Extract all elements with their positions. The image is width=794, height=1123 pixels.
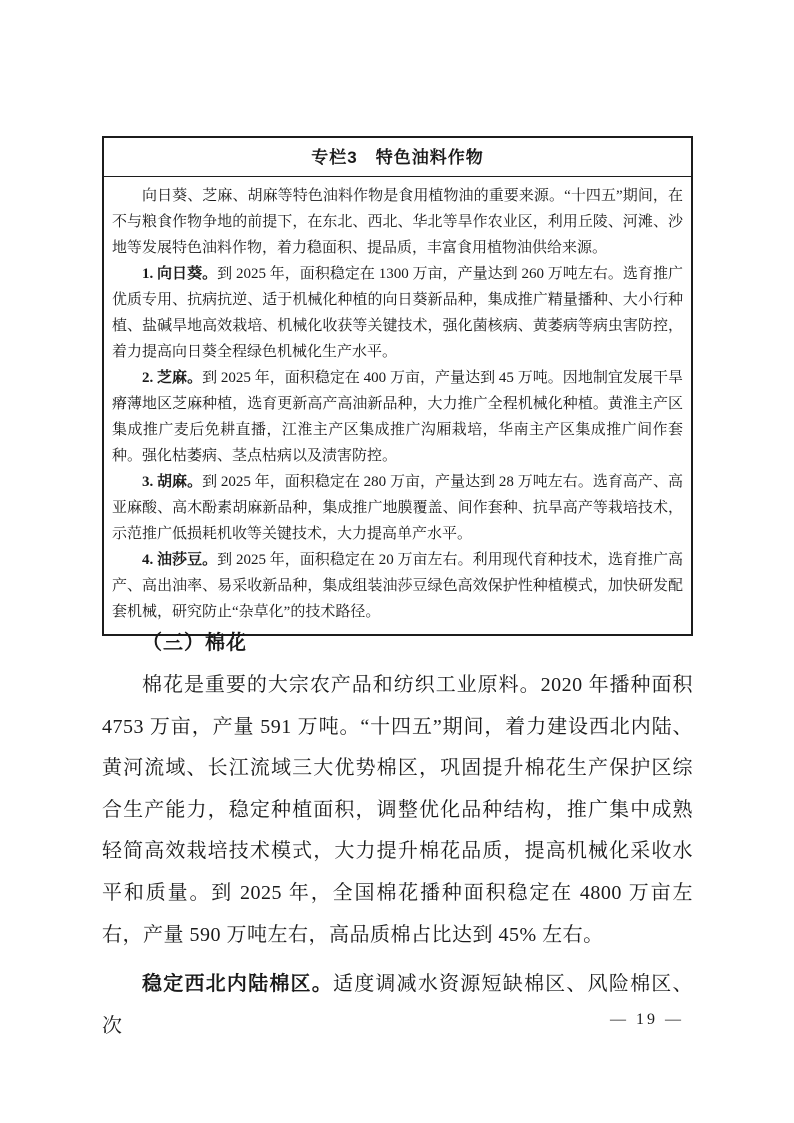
- box-item-label: 1. 向日葵。: [142, 266, 217, 282]
- box-item-label: 3. 胡麻。: [142, 474, 202, 490]
- box-item-label: 2. 芝麻。: [142, 370, 202, 386]
- section-heading: （三）棉花: [102, 629, 693, 657]
- box-item-label: 4. 油莎豆。: [142, 552, 217, 568]
- box-intro-paragraph: 向日葵、芝麻、胡麻等特色油料作物是食用植物油的重要来源。“十四五”期间，在不与粮…: [112, 183, 683, 261]
- cotton-overview-paragraph: 棉花是重要的大宗农产品和纺织工业原料。2020 年播种面积 4753 万亩，产量…: [102, 665, 693, 956]
- box-item-sesame: 2. 芝麻。到 2025 年，面积稳定在 400 万亩，产量达到 45 万吨。因…: [112, 365, 683, 469]
- box-body: 向日葵、芝麻、胡麻等特色油料作物是食用植物油的重要来源。“十四五”期间，在不与粮…: [104, 177, 691, 634]
- document-page: 专栏3 特色油料作物 向日葵、芝麻、胡麻等特色油料作物是食用植物油的重要来源。“…: [0, 0, 794, 1123]
- box-item-tigernut: 4. 油莎豆。到 2025 年，面积稳定在 20 万亩左右。利用现代育种技术，选…: [112, 547, 683, 625]
- paragraph-lead: 稳定西北内陆棉区。: [142, 973, 333, 995]
- box-item-flax: 3. 胡麻。到 2025 年，面积稳定在 280 万亩，产量达到 28 万吨左右…: [112, 469, 683, 547]
- special-column-box: 专栏3 特色油料作物 向日葵、芝麻、胡麻等特色油料作物是食用植物油的重要来源。“…: [102, 136, 693, 636]
- box-title: 专栏3 特色油料作物: [104, 138, 691, 177]
- stabilize-northwest-paragraph: 稳定西北内陆棉区。适度调减水资源短缺棉区、风险棉区、次: [102, 964, 693, 1047]
- section-cotton: （三）棉花 棉花是重要的大宗农产品和纺织工业原料。2020 年播种面积 4753…: [102, 629, 693, 1047]
- page-number: — 19 —: [610, 1011, 684, 1029]
- box-item-sunflower: 1. 向日葵。到 2025 年，面积稳定在 1300 万亩，产量达到 260 万…: [112, 261, 683, 365]
